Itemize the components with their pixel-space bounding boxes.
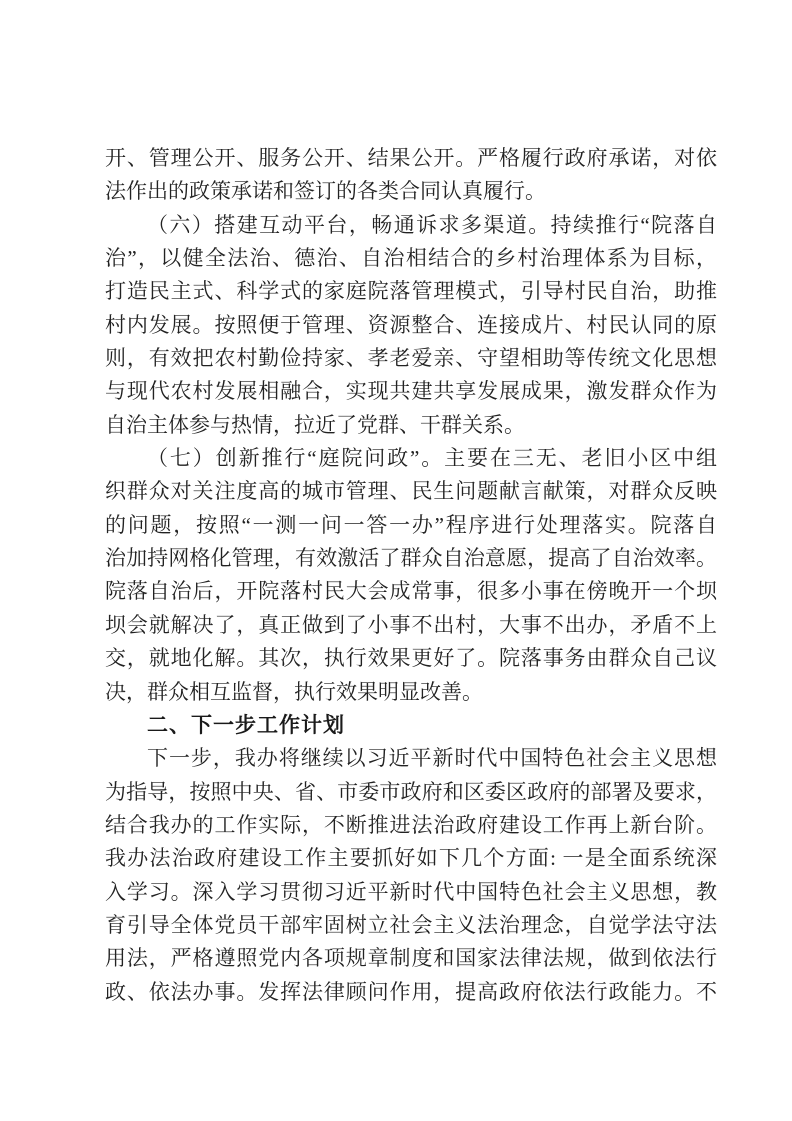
text-line: 用法，严格遵照党内各项规章制度和国家法律法规，做到依法行 (105, 942, 717, 975)
text-line: 政、依法办事。发挥法律顾问作用，提高政府依法行政能力。不 (105, 976, 717, 1009)
text-line: 为指导，按照中央、省、市委市政府和区委区政府的部署及要求， (105, 776, 717, 809)
text-line: 我办法治政府建设工作主要抓好如下几个方面: 一是全面系统深 (105, 842, 717, 875)
text-line: 下一步，我办将继续以习近平新时代中国特色社会主义思想 (105, 742, 717, 775)
text-line: （七）创新推行“庭院问政”。主要在三无、老旧小区中组 (105, 442, 717, 475)
text-line: 法作出的政策承诺和签订的各类合同认真履行。 (105, 175, 717, 208)
text-line: 治加持网格化管理，有效激活了群众自治意愿，提高了自治效率。 (105, 542, 717, 575)
text-line: 院落自治后，开院落村民大会成常事，很多小事在傍晚开一个坝 (105, 575, 717, 608)
text-line: 开、管理公开、服务公开、结果公开。严格履行政府承诺，对依 (105, 142, 717, 175)
text-line: 与现代农村发展相融合，实现共建共享发展成果，激发群众作为 (105, 375, 717, 408)
text-line: 打造民主式、科学式的家庭院落管理模式，引导村民自治，助推 (105, 275, 717, 308)
text-line: 结合我办的工作实际，不断推进法治政府建设工作再上新台阶。 (105, 809, 717, 842)
text-line: 育引导全体党员干部牢固树立社会主义法治理念，自觉学法守法 (105, 909, 717, 942)
text-line: 决，群众相互监督，执行效果明显改善。 (105, 676, 717, 709)
text-line: 治”，以健全法治、德治、自治相结合的乡村治理体系为目标， (105, 242, 717, 275)
text-line: 自治主体参与热情，拉近了党群、干群关系。 (105, 409, 717, 442)
text-line: （六）搭建互动平台，畅通诉求多渠道。持续推行“院落自 (105, 209, 717, 242)
section-heading: 二、下一步工作计划 (105, 709, 717, 742)
text-line: 坝会就解决了，真正做到了小事不出村，大事不出办，矛盾不上 (105, 609, 717, 642)
text-line: 入学习。深入学习贯彻习近平新时代中国特色社会主义思想，教 (105, 876, 717, 909)
text-line: 交，就地化解。其次，执行效果更好了。院落事务由群众自己议 (105, 642, 717, 675)
text-line: 村内发展。按照便于管理、资源整合、连接成片、村民认同的原 (105, 309, 717, 342)
document-page: 开、管理公开、服务公开、结果公开。严格履行政府承诺，对依 法作出的政策承诺和签订… (0, 0, 792, 1121)
document-body: 开、管理公开、服务公开、结果公开。严格履行政府承诺，对依 法作出的政策承诺和签订… (105, 142, 717, 1009)
text-line: 织群众对关注度高的城市管理、民生问题献言献策，对群众反映 (105, 475, 717, 508)
text-line: 则，有效把农村勤俭持家、孝老爱亲、守望相助等传统文化思想 (105, 342, 717, 375)
text-line: 的问题，按照“一测一问一答一办”程序进行处理落实。院落自 (105, 509, 717, 542)
